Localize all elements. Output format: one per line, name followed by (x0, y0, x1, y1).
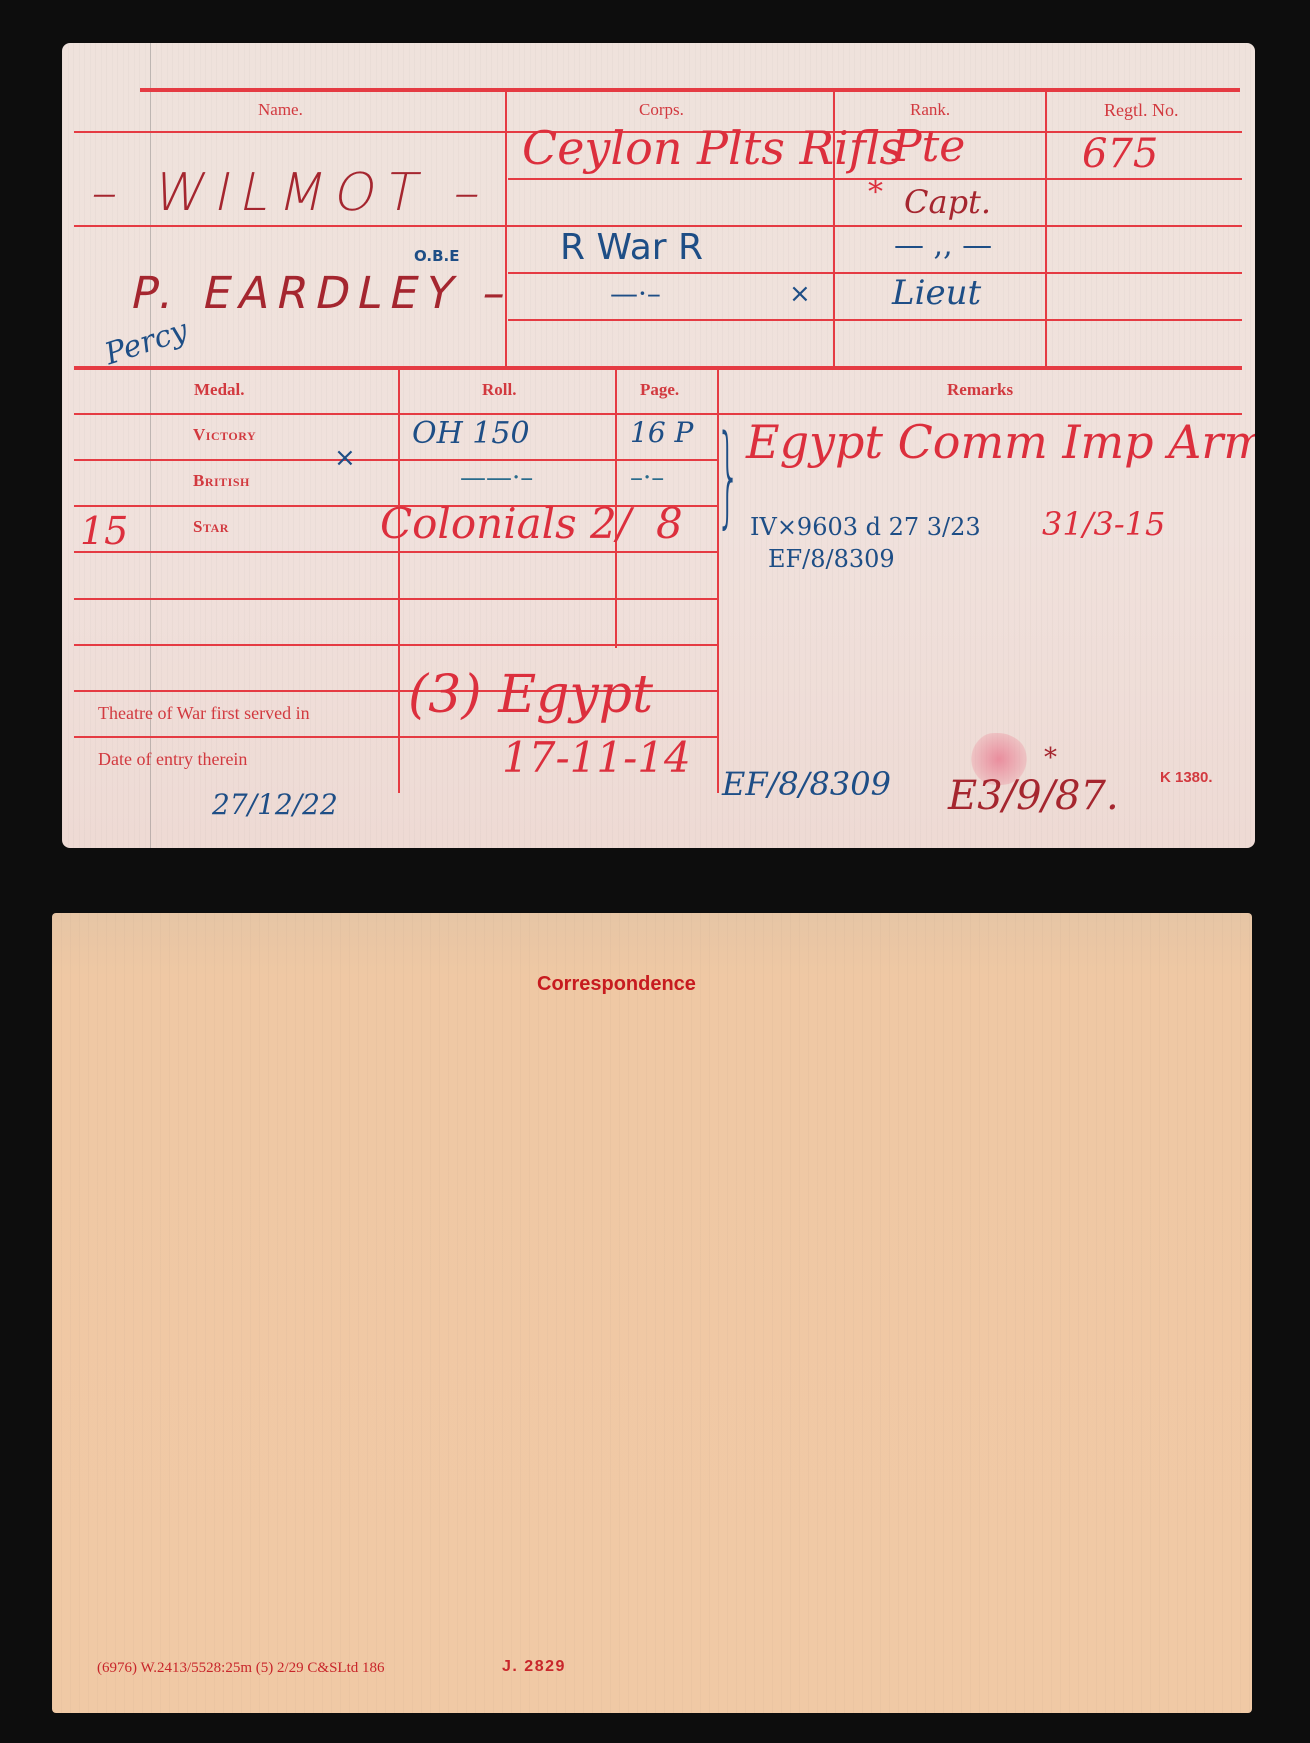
printer-imprint: (6976) W.2413/5528:25m (5) 2/29 C&SLtd 1… (97, 1660, 385, 1677)
rank-line1: Pte (892, 121, 965, 172)
roll-header: Roll. (482, 380, 516, 400)
star-page: 8 (656, 499, 683, 548)
remarks-line3: EF/8/8309 (768, 545, 895, 573)
medal-star: Star (193, 517, 229, 537)
regtl-no-value: 675 (1082, 131, 1158, 177)
theatre-value: (3) Egypt (408, 665, 653, 725)
medal-header: Medal. (194, 380, 245, 400)
rank-line4: Lieut (892, 273, 981, 313)
regtl-no-header: Regtl. No. (1104, 100, 1179, 121)
corps-line2: R War R (560, 227, 703, 268)
corps-x-mark: × (789, 279, 811, 309)
corps-line3: —·– (610, 277, 661, 310)
star-prefix: 15 (80, 509, 128, 553)
remarks-brace: } (716, 411, 741, 539)
divider-name-corps (505, 88, 507, 368)
top-rule (140, 88, 1240, 92)
correspondence-title: Correspondence (537, 973, 696, 996)
british-page: –·– (630, 463, 664, 493)
name-header: Name. (258, 100, 303, 120)
date-entry-label: Date of entry therein (98, 749, 247, 770)
remarks-line2: IV×9603 d 27 3/23 (750, 513, 981, 541)
medal-victory: Victory (193, 425, 256, 445)
honour-obe: O.B.E (414, 247, 460, 265)
star-roll: Colonials 2/ (380, 499, 631, 548)
name-surname: – WILMOT – (86, 163, 497, 223)
bottom-ref: EF/8/8309 (722, 765, 891, 803)
form-code: K 1380. (1160, 769, 1213, 786)
page-header: Page. (640, 380, 679, 400)
rank-line2: Capt. (904, 183, 991, 221)
name-forenames: P. EARDLEY – (127, 268, 519, 319)
row-line (74, 598, 717, 600)
bottom-code: E3/9/87. (948, 773, 1119, 819)
british-roll: ——·– (460, 463, 533, 493)
rank-asterisk: * (868, 175, 883, 210)
theatre-label: Theatre of War first served in (98, 703, 310, 724)
corps-line1: Ceylon Plts Rifls (522, 121, 903, 175)
remarks-line1: Egypt Comm Imp Army (746, 415, 1255, 469)
medal-index-card-front: Name. Corps. Rank. Regtl. No. Medal. Rol… (62, 43, 1255, 848)
name-annotation: Percy (101, 313, 192, 372)
victory-x-mark: × (334, 443, 356, 473)
row-line (74, 551, 717, 553)
victory-roll: OH 150 (412, 416, 530, 451)
rank-header: Rank. (910, 100, 950, 120)
divider-rank-regtl (1045, 88, 1047, 368)
medal-british: British (193, 471, 250, 491)
row-line (508, 272, 1242, 274)
medal-index-card-back: Correspondence (6976) W.2413/5528:25m (5… (52, 913, 1252, 1713)
victory-page: 16 P (630, 416, 693, 449)
section-rule (74, 366, 1242, 370)
bottom-left-date: 27/12/22 (212, 788, 338, 821)
row-line (74, 644, 717, 646)
row-line (508, 319, 1242, 321)
date-value: 17-11-14 (502, 733, 691, 782)
bottom-asterisk: * (1044, 743, 1057, 773)
rank-line3: — ,, — (894, 228, 992, 263)
remarks-header: Remarks (947, 380, 1013, 400)
remarks-date: 31/3-15 (1042, 505, 1165, 543)
form-number: J. 2829 (502, 1658, 566, 1676)
divider-medal-roll (398, 368, 400, 793)
row-line (74, 459, 717, 461)
corps-header: Corps. (639, 100, 684, 120)
